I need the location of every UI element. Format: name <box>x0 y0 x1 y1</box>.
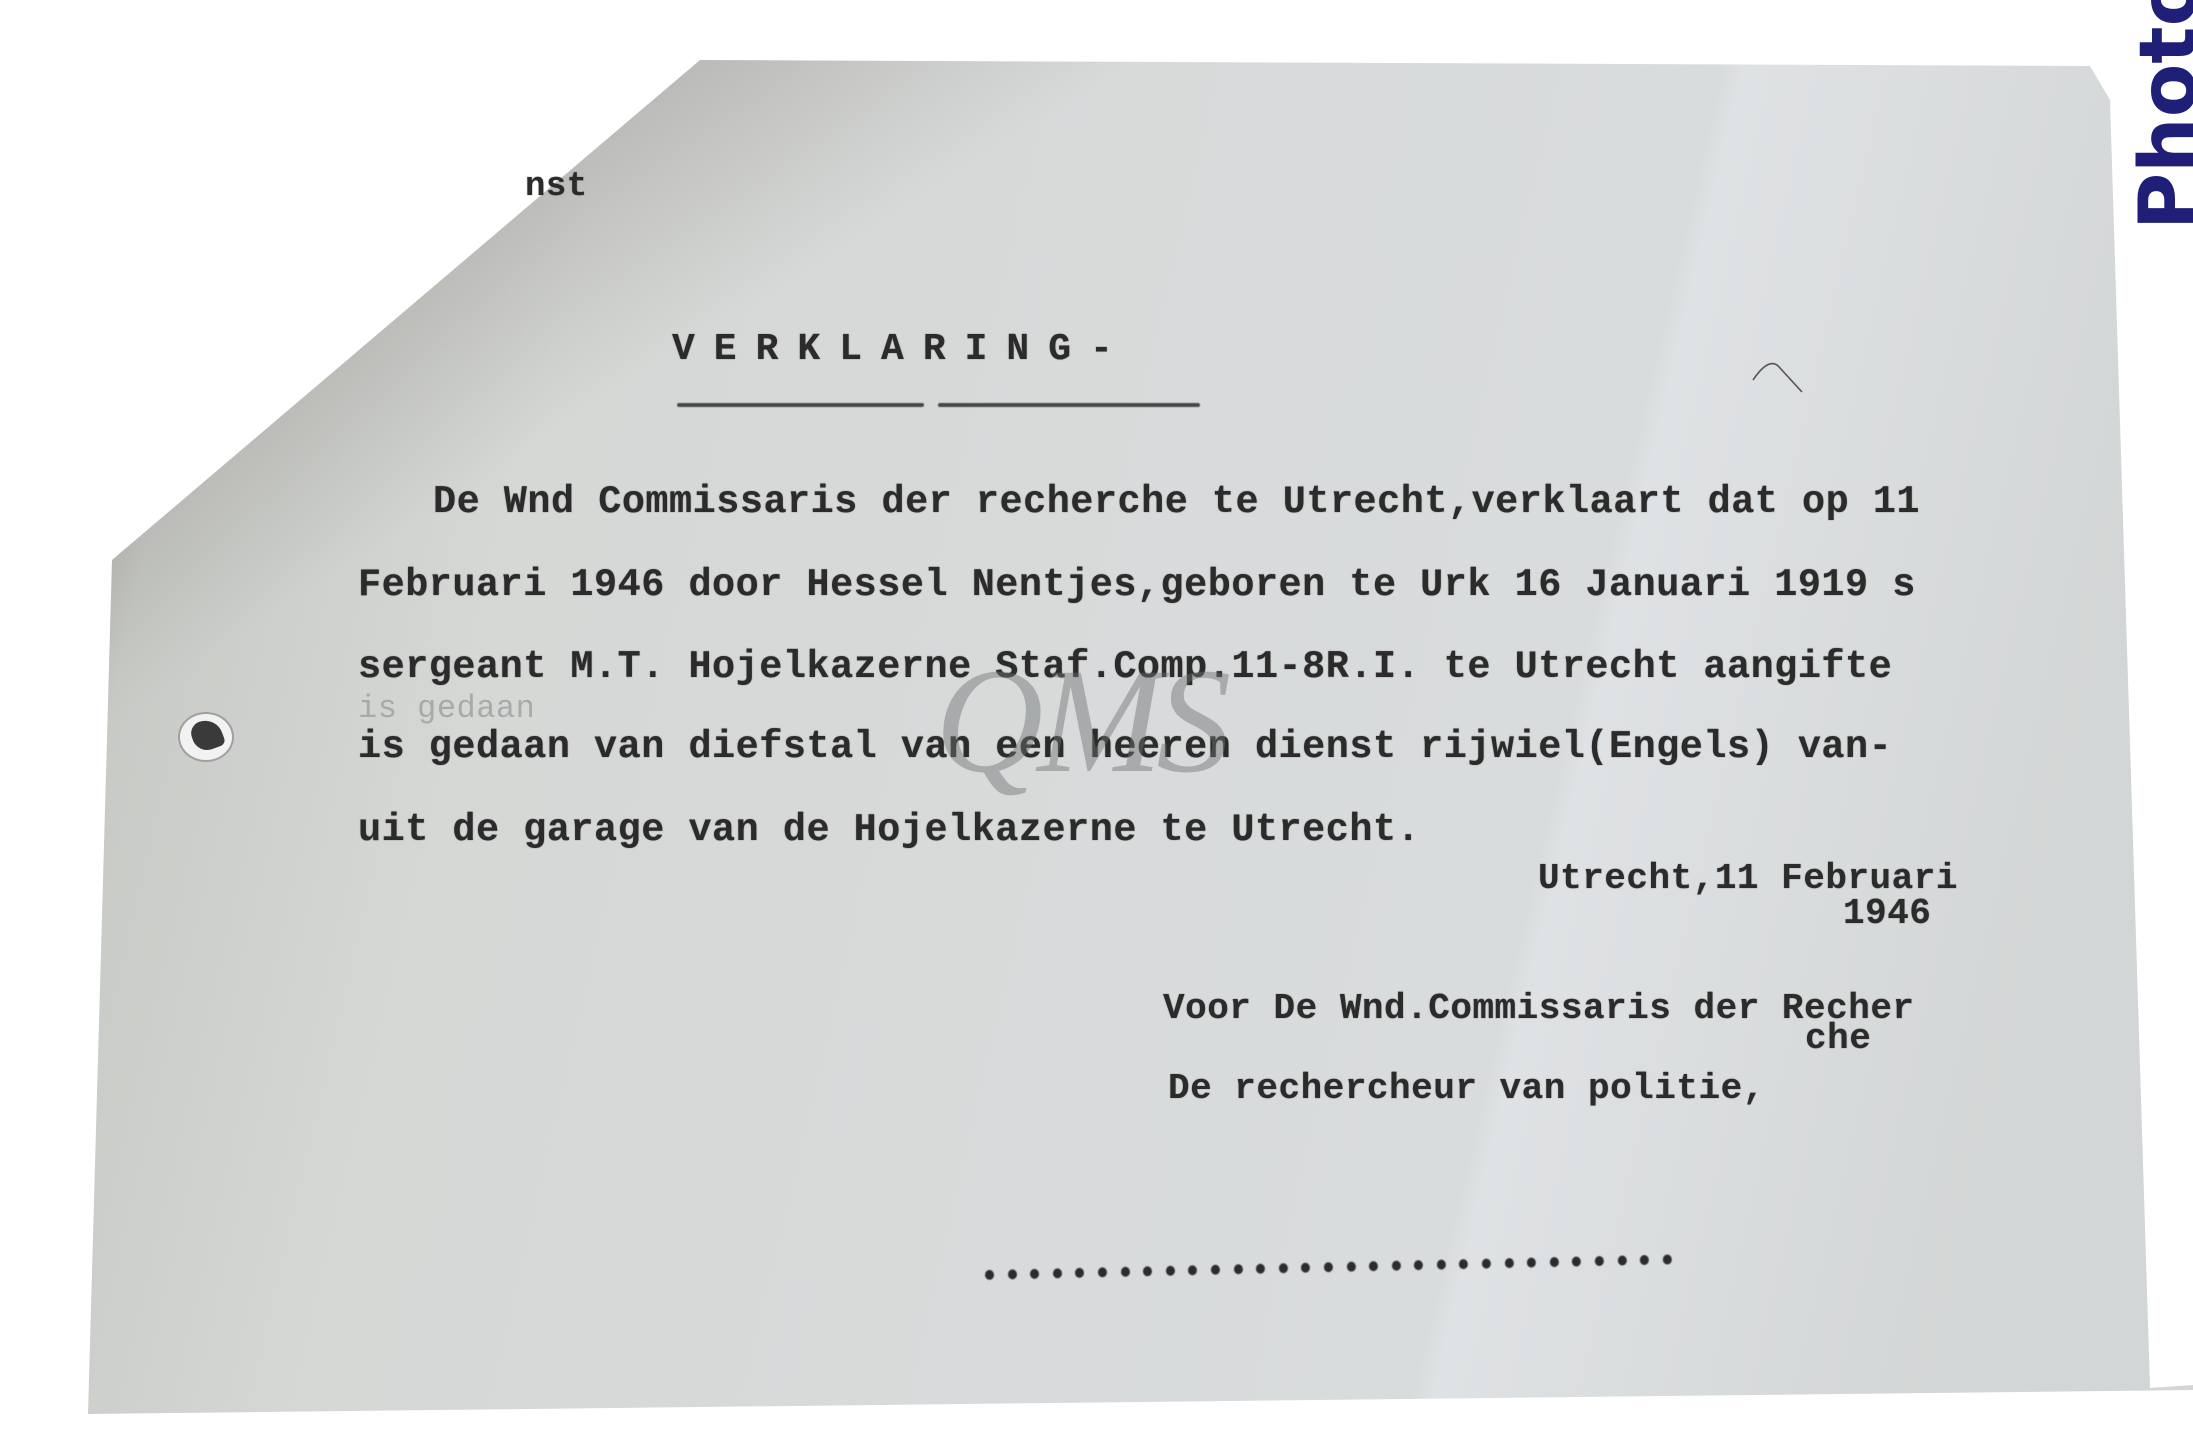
signature-dot <box>1527 1257 1536 1267</box>
signature-dot <box>1572 1256 1581 1266</box>
signature-dot <box>1459 1259 1468 1269</box>
signature-dot <box>1437 1260 1446 1270</box>
signature-dot <box>985 1270 994 1280</box>
qms-watermark: QMS <box>935 635 1225 807</box>
signature-dot <box>1414 1260 1423 1270</box>
signature-dot <box>1120 1267 1129 1277</box>
signature-dot <box>1030 1269 1039 1279</box>
signature-dot <box>1640 1255 1649 1265</box>
signature-dot <box>1233 1264 1242 1274</box>
signature-dot <box>1482 1259 1491 1269</box>
signature-dot <box>1391 1261 1400 1271</box>
signature-dot <box>1279 1263 1288 1273</box>
document-title: VERKLARING- <box>672 328 1132 371</box>
signature-dot <box>1550 1257 1559 1267</box>
document-paper: nst VERKLARING- De Wnd Commissaris der r… <box>0 0 2193 1448</box>
signature-dot <box>1324 1262 1333 1272</box>
signature-dot <box>1617 1255 1626 1265</box>
body-line-2: Februari 1946 door Hessel Nentjes,gebore… <box>358 563 1916 607</box>
signature-line-1-cont: che <box>1805 1018 1871 1059</box>
signature-dot <box>1007 1269 1016 1279</box>
ghost-correction: is gedaan <box>358 690 535 727</box>
signature-dot <box>1188 1265 1197 1275</box>
body-line-5: uit de garage van de Hojelkazerne te Utr… <box>358 808 1420 852</box>
body-line-1: De Wnd Commissaris der recherche te Utre… <box>433 480 1920 524</box>
signature-dot <box>1256 1264 1265 1274</box>
header-fragment: nst <box>525 168 588 206</box>
signature-dot <box>1301 1263 1310 1273</box>
signature-line-1: Voor De Wnd.Commissaris der Recher <box>1163 988 1915 1029</box>
signature-dot <box>1053 1268 1062 1278</box>
corner-stamp-text: Photo <box>2124 0 2193 230</box>
title-underline-left <box>677 403 924 407</box>
date-year: 1946 <box>1843 893 1931 934</box>
title-underline-right <box>938 403 1200 407</box>
signature-dot <box>1143 1266 1152 1276</box>
signature-dot <box>1098 1267 1107 1277</box>
signature-dot <box>1075 1268 1084 1278</box>
signature-dot <box>1595 1256 1604 1266</box>
punch-hole <box>178 712 234 762</box>
signature-dot <box>1369 1261 1378 1271</box>
signature-dot <box>1504 1258 1513 1268</box>
signature-dot <box>1346 1262 1355 1272</box>
signature-dot <box>1663 1254 1672 1264</box>
signature-dot <box>1211 1265 1220 1275</box>
signature-line-2: De rechercheur van politie, <box>1168 1068 1765 1109</box>
signature-dot <box>1166 1266 1175 1276</box>
